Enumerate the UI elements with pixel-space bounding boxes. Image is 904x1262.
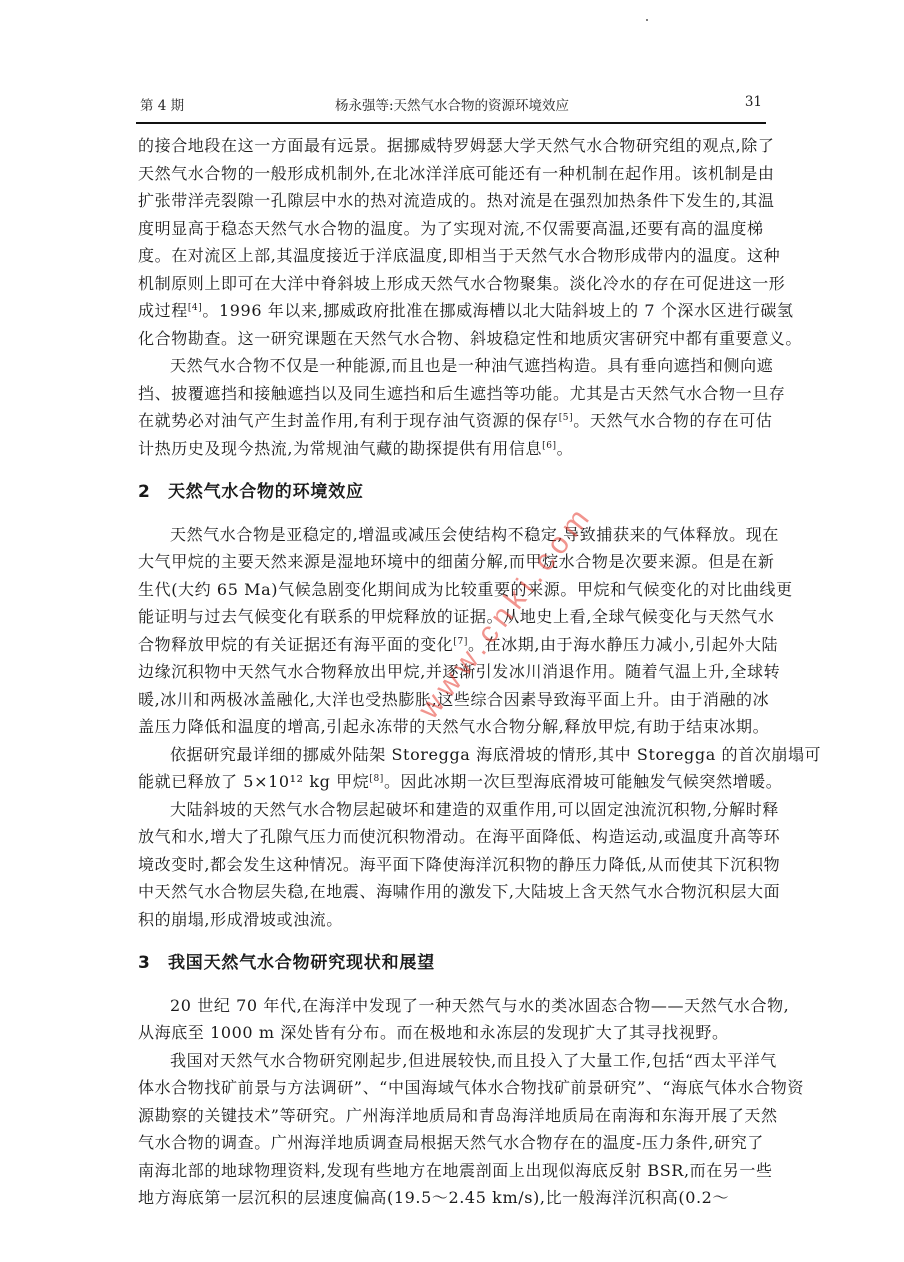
text-line: 的接合地段在这一方面最有远景。据挪威特罗姆瑟大学天然气水合物研究组的观点,除了 <box>138 132 762 160</box>
paragraph: 我国对天然气水合物研究刚起步,但进展较快,而且投入了大量工作,包括“西太平洋气体… <box>138 1047 762 1212</box>
text-line: 扩张带洋壳裂隙一孔隙层中水的热对流造成的。热对流是在强烈加热条件下发生的,其温 <box>138 187 762 215</box>
page-number: 31 <box>745 94 762 110</box>
text-line: 放气和水,增大了孔隙气压力而使沉积物滑动。在海平面降低、构造运动,或温度升高等环 <box>138 823 762 851</box>
citation-ref: [8] <box>369 774 384 784</box>
section-heading-2: 2天然气水合物的环境效应 <box>138 479 762 507</box>
text-line: 度明显高于稳态天然气水合物的温度。为了实现对流,不仅需要高温,还要有高的温度梯 <box>138 215 762 243</box>
text-line: 气水合物的调查。广州海洋地质调查局根据天然气水合物存在的温度-压力条件,研究了 <box>138 1129 762 1157</box>
text-line: 机制原则上即可在大洋中脊斜坡上形成天然气水合物聚集。淡化冷水的存在可促进这一形 <box>138 270 762 298</box>
text-line: 我国对天然气水合物研究刚起步,但进展较快,而且投入了大量工作,包括“西太平洋气 <box>138 1047 762 1075</box>
text-line: 盖压力降低和温度的增高,引起永冻带的天然气水合物分解,释放甲烷,有助于结束冰期。 <box>138 713 762 741</box>
text-line: 化合物勘查。这一研究课题在天然气水合物、斜坡稳定性和地质灾害研究中都有重要意义。 <box>138 325 762 353</box>
section-number: 3 <box>138 950 168 978</box>
citation-ref: [5] <box>559 413 574 423</box>
scan-speck <box>646 19 648 21</box>
text-line: 大陆斜坡的天然气水合物层起破坏和建造的双重作用,可以固定浊流沉积物,分解时释 <box>138 796 762 824</box>
text-line: 计热历史及现今热流,为常规油气藏的勘探提供有用信息[6]。 <box>138 435 762 463</box>
text-line: 南海北部的地球物理资料,发现有些地方在地震剖面上出现似海底反射 BSR,而在另一… <box>138 1157 762 1185</box>
text-line: 20 世纪 70 年代,在海洋中发现了一种天然气与水的类冰固态合物——天然气水合… <box>138 992 762 1020</box>
text-line: 能就已释放了 5×10¹² kg 甲烷[8]。因此冰期一次巨型海底滑坡可能触发气… <box>138 768 762 796</box>
paragraph: 天然气水合物不仅是一种能源,而且也是一种油气遮挡构造。具有垂向遮挡和侧向遮挡、披… <box>138 352 762 462</box>
section-2-body: 天然气水合物是亚稳定的,增温或减压会使结构不稳定,导致捕获来的气体释放。现在大气… <box>138 521 762 934</box>
text-line: 合物释放甲烷的有关证据还有海平面的变化[7]。在冰期,由于海水静压力减小,引起外… <box>138 631 762 659</box>
text-line: 暖,冰川和两极冰盖融化,大洋也受热膨胀,这些综合因素导致海平面上升。由于消融的冰 <box>138 686 762 714</box>
section-title: 我国天然气水合物研究现状和展望 <box>168 953 435 973</box>
paragraph: 20 世纪 70 年代,在海洋中发现了一种天然气与水的类冰固态合物——天然气水合… <box>138 992 762 1047</box>
text-line: 天然气水合物不仅是一种能源,而且也是一种油气遮挡构造。具有垂向遮挡和侧向遮 <box>138 352 762 380</box>
paragraph: 依据研究最详细的挪威外陆架 Storegga 海底滑坡的情形,其中 Storeg… <box>138 741 762 796</box>
citation-ref: [6] <box>542 441 557 451</box>
running-title: 杨永强等:天然气水合物的资源环境效应 <box>138 94 766 114</box>
text-line: 大气甲烷的主要天然来源是湿地环境中的细菌分解,而甲烷水合物是次要来源。但是在新 <box>138 548 762 576</box>
text-line: 天然气水合物的一般形成机制外,在北冰洋洋底可能还有一种机制在起作用。该机制是由 <box>138 160 762 188</box>
text-line: 中天然气水合物层失稳,在地震、海啸作用的激发下,大陆坡上含天然气水合物沉积层大面 <box>138 878 762 906</box>
text-line: 能证明与过去气候变化有联系的甲烷释放的证据。从地史上看,全球气候变化与天然气水 <box>138 603 762 631</box>
paragraph: 天然气水合物是亚稳定的,增温或减压会使结构不稳定,导致捕获来的气体释放。现在大气… <box>138 521 762 741</box>
text-line: 依据研究最详细的挪威外陆架 Storegga 海底滑坡的情形,其中 Storeg… <box>138 741 762 769</box>
section-1-continuation: 的接合地段在这一方面最有远景。据挪威特罗姆瑟大学天然气水合物研究组的观点,除了天… <box>138 132 762 462</box>
document-page: 第 4 期 杨永强等:天然气水合物的资源环境效应 31 的接合地段在这一方面最有… <box>0 0 904 1262</box>
text-line: 源勘察的关键技术”等研究。广州海洋地质局和青岛海洋地质局在南海和东海开展了天然 <box>138 1102 762 1130</box>
running-header: 第 4 期 杨永强等:天然气水合物的资源环境效应 31 <box>138 94 766 116</box>
header-rule <box>136 122 766 124</box>
section-number: 2 <box>138 479 168 507</box>
text-line: 从海底至 1000 m 深处皆有分布。而在极地和永冻层的发现扩大了其寻找视野。 <box>138 1019 762 1047</box>
text-line: 天然气水合物是亚稳定的,增温或减压会使结构不稳定,导致捕获来的气体释放。现在 <box>138 521 762 549</box>
citation-ref: [4] <box>188 303 203 313</box>
text-line: 成过程[4]。1996 年以来,挪威政府批准在挪威海槽以北大陆斜坡上的 7 个深… <box>138 297 762 325</box>
text-line: 挡、披覆遮挡和接触遮挡以及同生遮挡和后生遮挡等功能。尤其是古天然气水合物一旦存 <box>138 380 762 408</box>
text-line: 地方海底第一层沉积的层速度偏高(19.5～2.45 km/s),比一般海洋沉积高… <box>138 1184 762 1212</box>
section-heading-3: 3我国天然气水合物研究现状和展望 <box>138 950 762 978</box>
body-text: 的接合地段在这一方面最有远景。据挪威特罗姆瑟大学天然气水合物研究组的观点,除了天… <box>138 132 762 1212</box>
section-3-body: 20 世纪 70 年代,在海洋中发现了一种天然气与水的类冰固态合物——天然气水合… <box>138 992 762 1212</box>
section-title: 天然气水合物的环境效应 <box>168 482 364 502</box>
paragraph: 大陆斜坡的天然气水合物层起破坏和建造的双重作用,可以固定浊流沉积物,分解时释放气… <box>138 796 762 934</box>
text-line: 边缘沉积物中天然气水合物释放出甲烷,并逐渐引发冰川消退作用。随着气温上升,全球转 <box>138 658 762 686</box>
paragraph: 的接合地段在这一方面最有远景。据挪威特罗姆瑟大学天然气水合物研究组的观点,除了天… <box>138 132 762 352</box>
text-line: 生代(大约 65 Ma)气候急剧变化期间成为比较重要的来源。甲烷和气候变化的对比… <box>138 576 762 604</box>
citation-ref: [7] <box>453 637 468 647</box>
text-line: 境改变时,都会发生这种情况。海平面下降使海洋沉积物的静压力降低,从而使其下沉积物 <box>138 851 762 879</box>
text-line: 积的崩塌,形成滑坡或浊流。 <box>138 906 762 934</box>
text-line: 在就势必对油气产生封盖作用,有利于现存油气资源的保存[5]。天然气水合物的存在可… <box>138 407 762 435</box>
text-line: 体水合物找矿前景与方法调研”、“中国海域气体水合物找矿前景研究”、“海底气体水合… <box>138 1074 762 1102</box>
text-line: 度。在对流区上部,其温度接近于洋底温度,即相当于天然气水合物形成带内的温度。这种 <box>138 242 762 270</box>
